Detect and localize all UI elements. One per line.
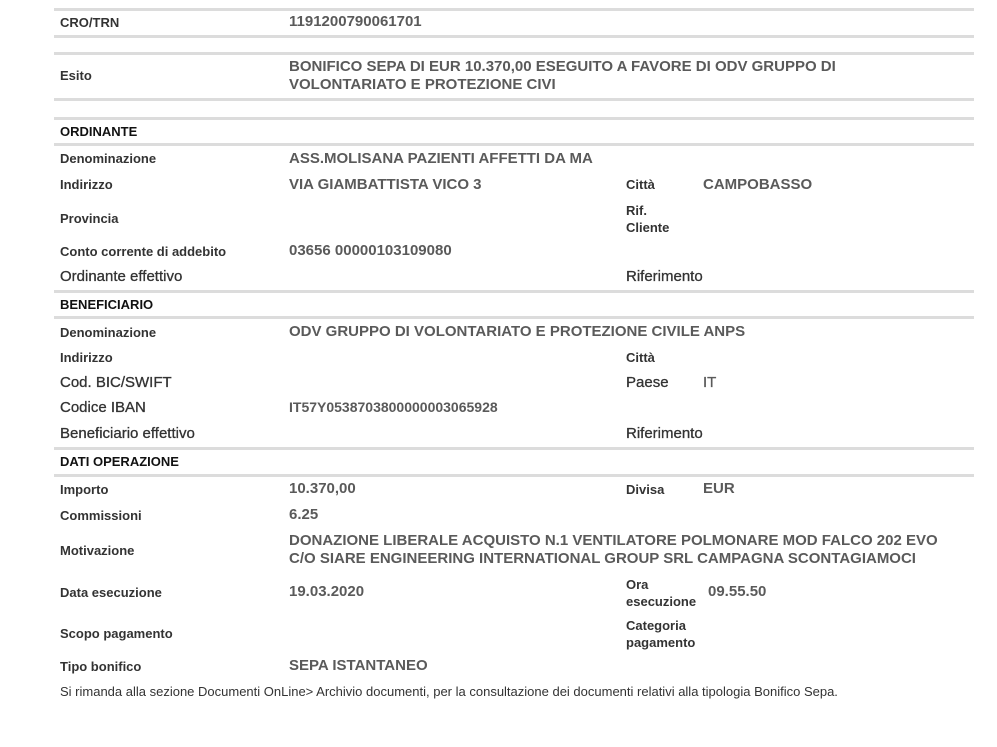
esito-value-line2: VOLONTARIATO E PROTEZIONE CIVI bbox=[289, 76, 836, 94]
ordinante-riferimento-label: Riferimento bbox=[626, 268, 703, 285]
divider bbox=[54, 316, 974, 319]
footer-note: Si rimanda alla sezione Documenti OnLine… bbox=[60, 684, 838, 699]
ordinante-conto-value: 03656 00000103109080 bbox=[289, 242, 452, 259]
divider bbox=[54, 52, 974, 55]
divider bbox=[54, 8, 974, 11]
section-title-dati-operazione: DATI OPERAZIONE bbox=[60, 454, 179, 469]
divider bbox=[54, 143, 974, 146]
ora-esecuzione-label: Ora esecuzione bbox=[626, 576, 696, 610]
beneficiario-iban-value: IT57Y0538703800000003065928 bbox=[289, 399, 498, 415]
beneficiario-iban-label: Codice IBAN bbox=[60, 399, 146, 416]
cro-value: 1191200790061701 bbox=[289, 13, 422, 30]
importo-label: Importo bbox=[60, 482, 108, 497]
data-esecuzione-label: Data esecuzione bbox=[60, 585, 162, 600]
rif-cliente-line1: Rif. bbox=[626, 202, 669, 219]
ordinante-citta-label: Città bbox=[626, 177, 655, 192]
cro-label: CRO/TRN bbox=[60, 15, 119, 30]
ora-label-line2: esecuzione bbox=[626, 593, 696, 610]
categoria-line1: Categoria bbox=[626, 617, 695, 634]
divider bbox=[54, 35, 974, 38]
divider bbox=[54, 474, 974, 477]
tipo-bonifico-value: SEPA ISTANTANEO bbox=[289, 657, 428, 674]
categoria-pagamento-label: Categoria pagamento bbox=[626, 617, 695, 651]
beneficiario-riferimento-label: Riferimento bbox=[626, 425, 703, 442]
ora-label-line1: Ora bbox=[626, 576, 696, 593]
ordinante-rif-cliente-label: Rif. Cliente bbox=[626, 202, 669, 236]
section-title-beneficiario: BENEFICIARIO bbox=[60, 297, 153, 312]
divisa-label: Divisa bbox=[626, 482, 664, 497]
ordinante-denominazione-value: ASS.MOLISANA PAZIENTI AFFETTI DA MA bbox=[289, 150, 593, 167]
divider bbox=[54, 117, 974, 120]
ordinante-provincia-label: Provincia bbox=[60, 211, 119, 226]
esito-label: Esito bbox=[60, 68, 92, 83]
motivazione-line1: DONAZIONE LIBERALE ACQUISTO N.1 VENTILAT… bbox=[289, 532, 938, 550]
beneficiario-indirizzo-label: Indirizzo bbox=[60, 350, 113, 365]
beneficiario-denominazione-value: ODV GRUPPO DI VOLONTARIATO E PROTEZIONE … bbox=[289, 323, 745, 340]
ordinante-indirizzo-value: VIA GIAMBATTISTA VICO 3 bbox=[289, 176, 482, 193]
ordinante-citta-value: CAMPOBASSO bbox=[703, 176, 812, 193]
data-esecuzione-value: 19.03.2020 bbox=[289, 583, 364, 600]
beneficiario-paese-label: Paese bbox=[626, 374, 669, 391]
beneficiario-bic-label: Cod. BIC/SWIFT bbox=[60, 374, 172, 391]
ordinante-effettivo-label: Ordinante effettivo bbox=[60, 268, 182, 285]
ordinante-indirizzo-label: Indirizzo bbox=[60, 177, 113, 192]
divider bbox=[54, 98, 974, 101]
ordinante-denominazione-label: Denominazione bbox=[60, 151, 156, 166]
motivazione-line2: C/O SIARE ENGINEERING INTERNATIONAL GROU… bbox=[289, 550, 938, 568]
beneficiario-citta-label: Città bbox=[626, 350, 655, 365]
commissioni-value: 6.25 bbox=[289, 506, 318, 523]
beneficiario-denominazione-label: Denominazione bbox=[60, 325, 156, 340]
ora-esecuzione-value: 09.55.50 bbox=[708, 583, 766, 600]
esito-value: BONIFICO SEPA DI EUR 10.370,00 ESEGUITO … bbox=[289, 58, 836, 94]
beneficiario-paese-value: IT bbox=[703, 374, 716, 391]
tipo-bonifico-label: Tipo bonifico bbox=[60, 659, 141, 674]
importo-value: 10.370,00 bbox=[289, 480, 356, 497]
rif-cliente-line2: Cliente bbox=[626, 219, 669, 236]
divisa-value: EUR bbox=[703, 480, 735, 497]
section-title-ordinante: ORDINANTE bbox=[60, 124, 137, 139]
motivazione-value: DONAZIONE LIBERALE ACQUISTO N.1 VENTILAT… bbox=[289, 532, 938, 568]
esito-value-line1: BONIFICO SEPA DI EUR 10.370,00 ESEGUITO … bbox=[289, 58, 836, 76]
beneficiario-effettivo-label: Beneficiario effettivo bbox=[60, 425, 195, 442]
motivazione-label: Motivazione bbox=[60, 543, 134, 558]
ordinante-conto-label: Conto corrente di addebito bbox=[60, 244, 226, 259]
scopo-pagamento-label: Scopo pagamento bbox=[60, 626, 173, 641]
categoria-line2: pagamento bbox=[626, 634, 695, 651]
divider bbox=[54, 447, 974, 450]
divider bbox=[54, 290, 974, 293]
commissioni-label: Commissioni bbox=[60, 508, 142, 523]
